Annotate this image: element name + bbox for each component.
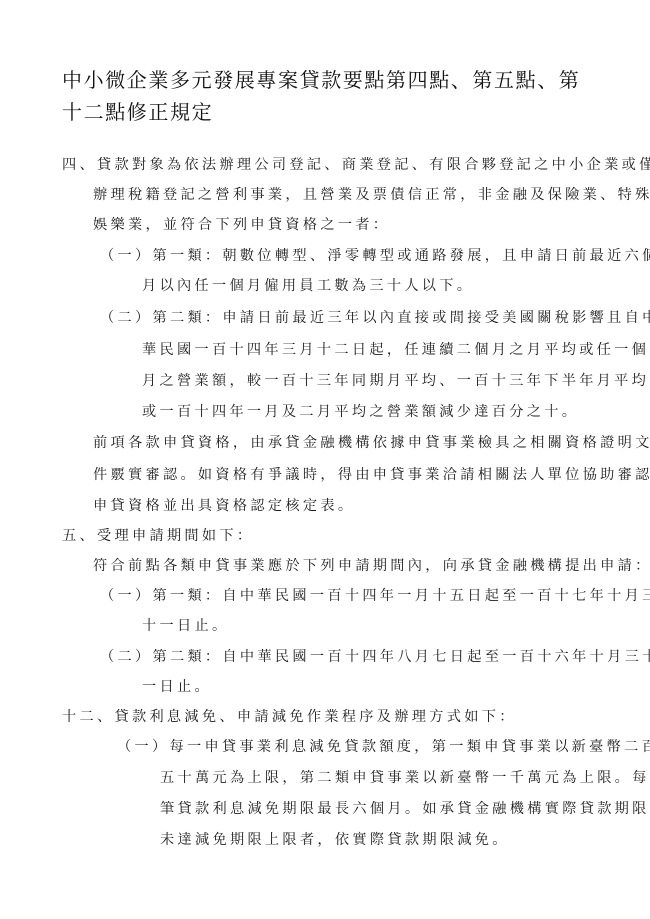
section-4-paragraph: 件覈實審認。如資格有爭議時，得由申貸事業洽請相關法人單位協助審認 xyxy=(93,465,650,485)
section-4-item-2-text: 或一百十四年一月及二月平均之營業額減少達百分之十。 xyxy=(142,402,579,422)
section-5-heading: 五、受理申請期間如下： xyxy=(62,526,254,546)
section-12-heading: 十二、貸款利息減免、申請減免作業程序及辦理方式如下： xyxy=(62,707,517,727)
section-4-paragraph: 前項各款申貸資格，由承貸金融機構依據申貸事業檢具之相關資格證明文 xyxy=(93,433,650,453)
section-5-item-1: （一）第一類：自中華民國一百十四年一月十五日起至一百十七年十月三 xyxy=(100,586,650,606)
section-4-item-2-text: 華民國一百十四年三月十二日起，任連續二個月之月平均或任一個 xyxy=(142,340,649,360)
section-4-item-1-text: 月以內任一個月僱用員工數為三十人以下。 xyxy=(142,276,474,296)
section-4-text: 娛樂業，並符合下列申貸資格之一者： xyxy=(93,215,390,235)
section-4-item-2-text: 月之營業額，較一百十三年同期月平均、一百十三年下半年月平均 xyxy=(142,371,649,391)
section-4-item-2: （二）第二類：申請日前最近三年以內直接或間接受美國關稅影響且自中 xyxy=(100,308,650,328)
section-12-item-1: （一）每一申貸事業利息減免貸款額度，第一類申貸事業以新臺幣二百 xyxy=(117,737,650,757)
section-5-item-1-text: 十一日止。 xyxy=(142,616,229,636)
section-4-paragraph: 申貸資格並出具資格認定核定表。 xyxy=(93,496,355,516)
section-5-item-2-text: 一日止。 xyxy=(142,677,212,697)
section-4-heading: 四、貸款對象為依法辦理公司登記、商業登記、有限合夥登記之中小企業或僅 xyxy=(62,155,650,175)
section-5-item-2: （二）第二類：自中華民國一百十四年八月七日起至一百十六年十月三十 xyxy=(100,647,650,667)
section-12-item-1-text: 筆貸款利息減免期限最長六個月。如承貸金融機構實際貸款期限 xyxy=(160,799,650,819)
section-5-paragraph: 符合前點各類申貸事業應於下列申請期間內，向承貸金融機構提出申請： xyxy=(93,556,650,576)
section-4-text: 辦理稅籍登記之營利事業，且營業及票債信正常，非金融及保險業、特殊 xyxy=(93,185,650,205)
document-title: 中小微企業多元發展專案貸款要點第四點、第五點、第 十二點修正規定 xyxy=(62,64,602,128)
section-12-item-1-text: 五十萬元為上限，第二類申貸事業以新臺幣一千萬元為上限。每 xyxy=(160,768,650,788)
section-4-item-1: （一）第一類：朝數位轉型、淨零轉型或通路發展，且申請日前最近六個 xyxy=(100,246,650,266)
title-line-2: 十二點修正規定 xyxy=(62,100,213,124)
section-12-item-1-text: 未達減免期限上限者，依實際貸款期限減免。 xyxy=(160,830,510,850)
title-line-1: 中小微企業多元發展專案貸款要點第四點、第五點、第 xyxy=(62,68,580,92)
